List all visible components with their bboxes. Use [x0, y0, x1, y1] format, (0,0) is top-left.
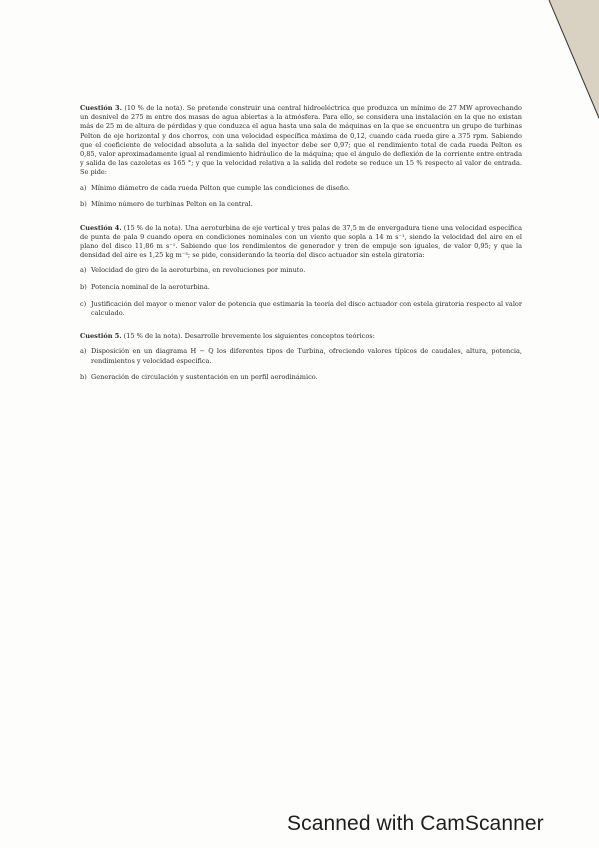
question-3-title: Cuestión 3. [80, 104, 122, 112]
question-5-title: Cuestión 5. [80, 332, 122, 340]
item-label: a) [80, 347, 86, 356]
item-text: Justificación del mayor o menor valor de… [91, 300, 522, 317]
question-3: Cuestión 3. (10 % de la nota). Se preten… [80, 104, 522, 210]
question-4-weight: (15 % de la nota). [124, 224, 183, 232]
question-3-weight: (10 % de la nota). [124, 104, 184, 112]
item-text: Velocidad de giro de la aeroturbina, en … [91, 266, 305, 274]
question-5-items: a)Disposición en un diagrama H − Q los d… [80, 347, 522, 382]
camscanner-watermark: Scanned with CamScanner [287, 812, 544, 836]
question-5: Cuestión 5. (15 % de la nota). Desarroll… [80, 332, 522, 382]
question-3-text: Se pretende construir una central hidroe… [80, 104, 522, 176]
item-label: a) [80, 266, 86, 275]
item-label: b) [80, 283, 87, 292]
item-label: b) [80, 200, 87, 209]
item-text: Mínimo diámetro de cada rueda Pelton que… [91, 184, 350, 192]
question-4-items: a)Velocidad de giro de la aeroturbina, e… [80, 266, 522, 318]
question-5-weight: (15 % de la nota). [124, 332, 183, 340]
item-label: a) [80, 184, 86, 193]
list-item: a)Mínimo diámetro de cada rueda Pelton q… [80, 184, 522, 193]
item-text: Mínimo número de turbinas Pelton en la c… [91, 200, 253, 208]
list-item: a)Disposición en un diagrama H − Q los d… [80, 347, 522, 365]
item-label: c) [80, 300, 86, 309]
list-item: b)Potencia nominal de la aeroturbina. [80, 283, 522, 292]
item-text: Generación de circulación y sustentación… [91, 373, 318, 381]
item-text: Disposición en un diagrama H − Q los dif… [91, 347, 522, 364]
item-text: Potencia nominal de la aeroturbina. [91, 283, 210, 291]
question-5-text: Desarrolle brevemente los siguientes con… [185, 332, 375, 340]
list-item: c)Justificación del mayor o menor valor … [80, 300, 522, 318]
exam-page: Cuestión 3. (10 % de la nota). Se preten… [80, 104, 522, 396]
list-item: b)Mínimo número de turbinas Pelton en la… [80, 200, 522, 209]
question-5-statement: Cuestión 5. (15 % de la nota). Desarroll… [80, 332, 522, 341]
question-3-statement: Cuestión 3. (10 % de la nota). Se preten… [80, 104, 522, 178]
question-4-title: Cuestión 4. [80, 224, 122, 232]
list-item: b)Generación de circulación y sustentaci… [80, 373, 522, 382]
question-4: Cuestión 4. (15 % de la nota). Una aerot… [80, 224, 522, 319]
question-3-items: a)Mínimo diámetro de cada rueda Pelton q… [80, 184, 522, 210]
scanned-page-corner [539, 0, 599, 120]
item-label: b) [80, 373, 87, 382]
question-4-statement: Cuestión 4. (15 % de la nota). Una aerot… [80, 224, 522, 261]
list-item: a)Velocidad de giro de la aeroturbina, e… [80, 266, 522, 275]
